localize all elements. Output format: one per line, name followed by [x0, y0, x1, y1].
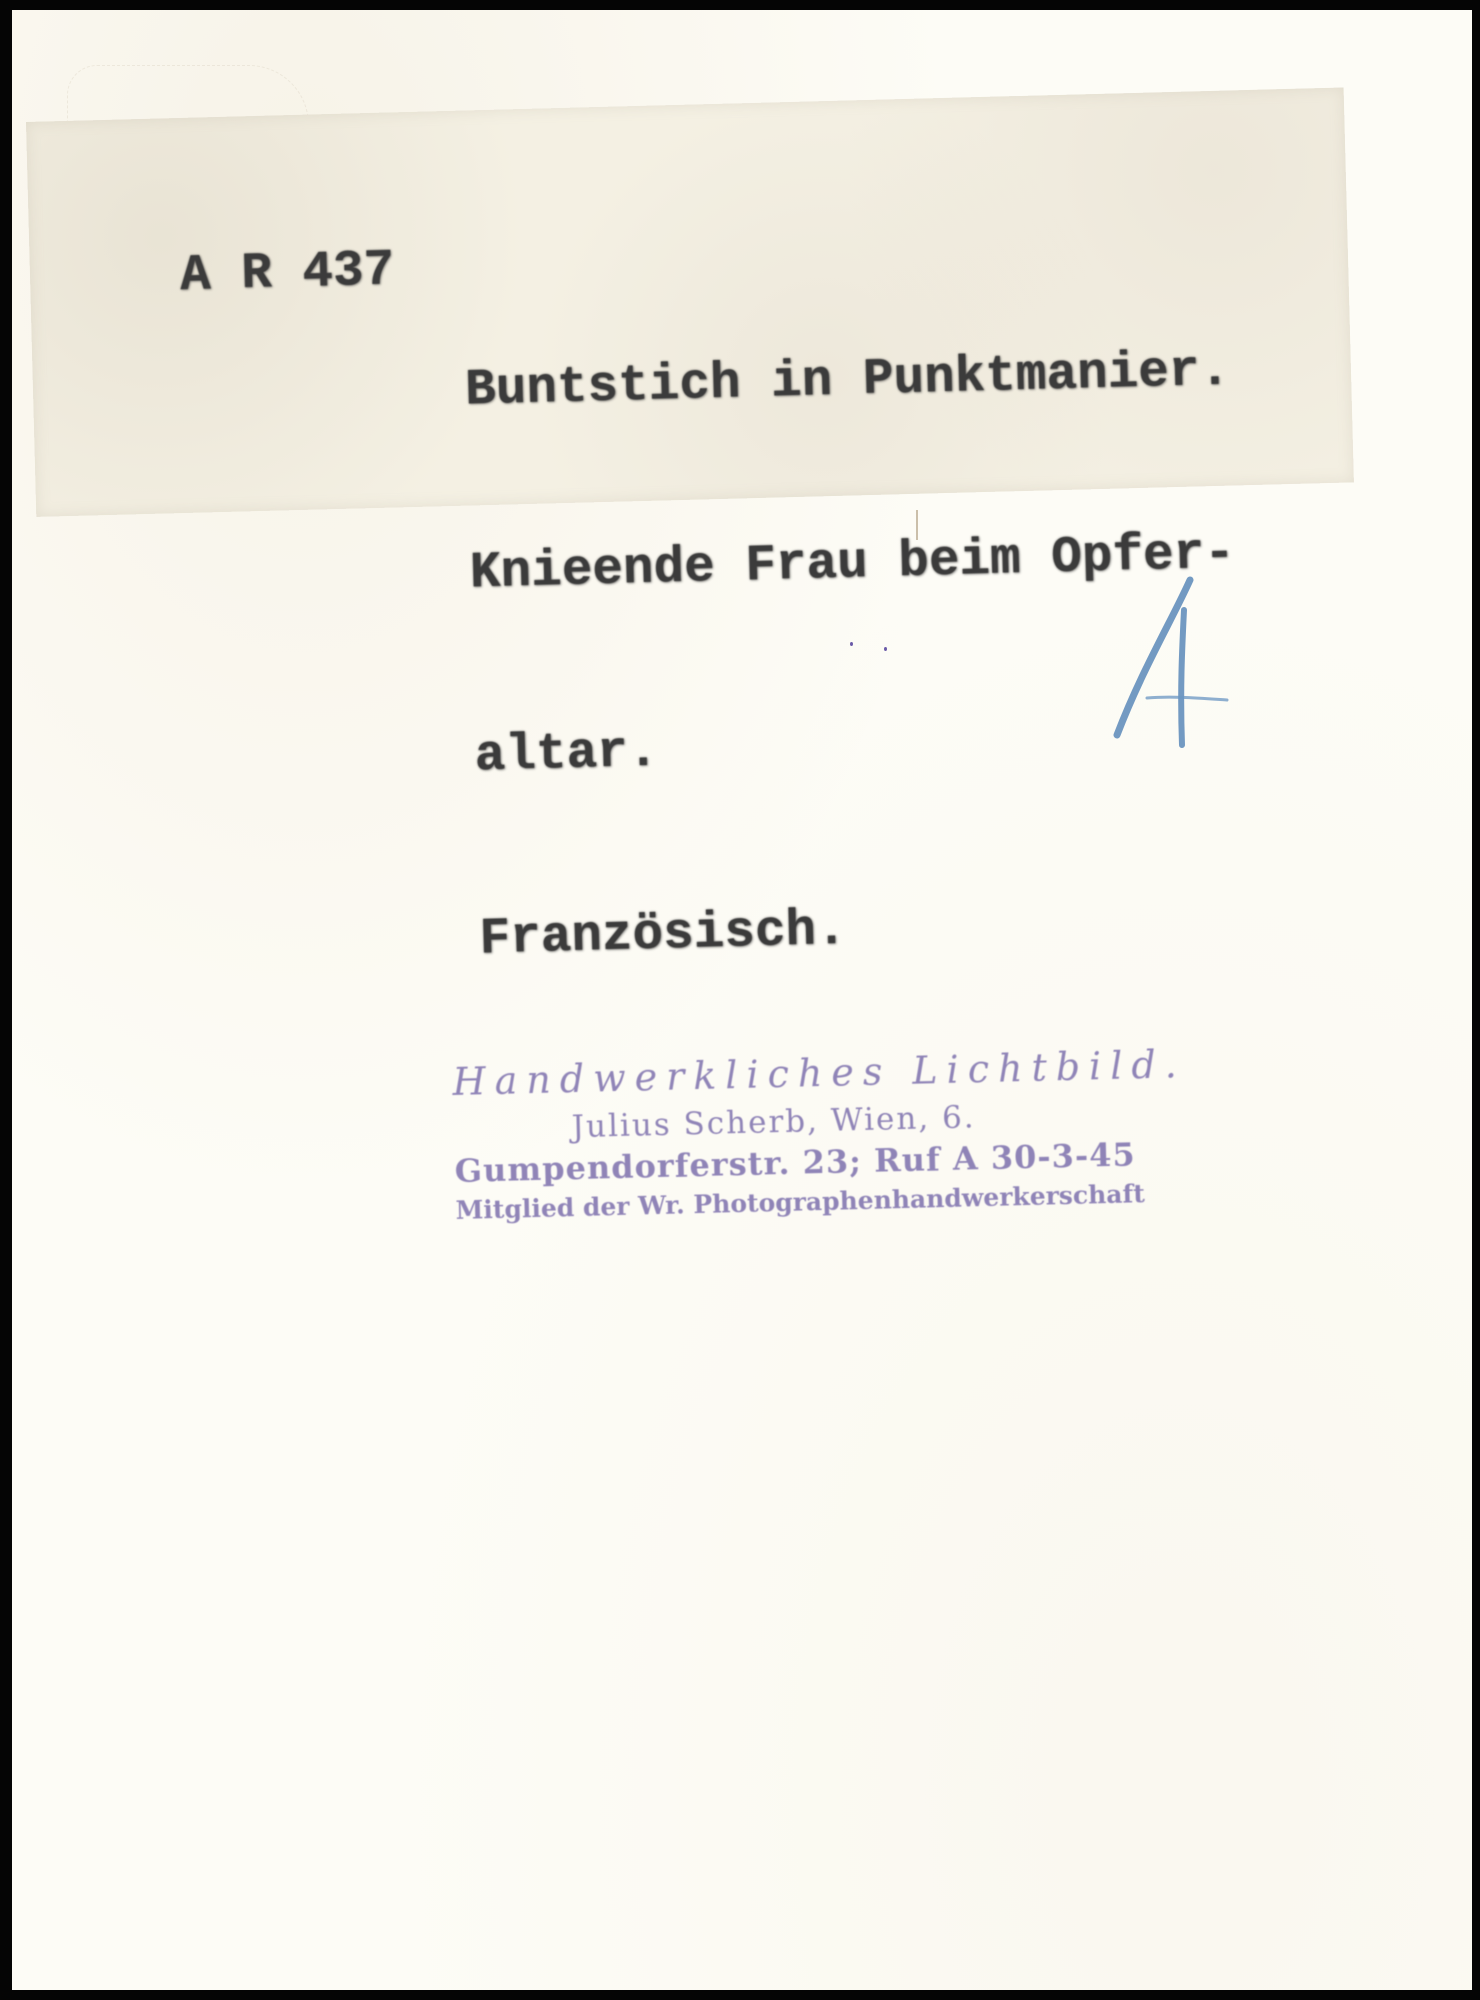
ink-speck	[884, 647, 887, 651]
typed-label-strip: A R 437 Buntstich in Punktmanier. Knieen…	[26, 87, 1354, 516]
photographer-stamp: Handwerkliches Lichtbild. Julius Scherb,…	[452, 1044, 1097, 1270]
label-line-4: Französisch.	[479, 889, 1245, 970]
paper-crease-mark	[916, 510, 918, 540]
photo-card-verso: A R 437 Buntstich in Punktmanier. Knieen…	[12, 10, 1472, 1990]
catalog-number: A R 437	[179, 240, 395, 307]
label-line-1: Buntstich in Punktmanier.	[464, 341, 1230, 422]
ink-speck	[850, 642, 853, 646]
handwritten-number-4-mark	[1082, 570, 1232, 750]
